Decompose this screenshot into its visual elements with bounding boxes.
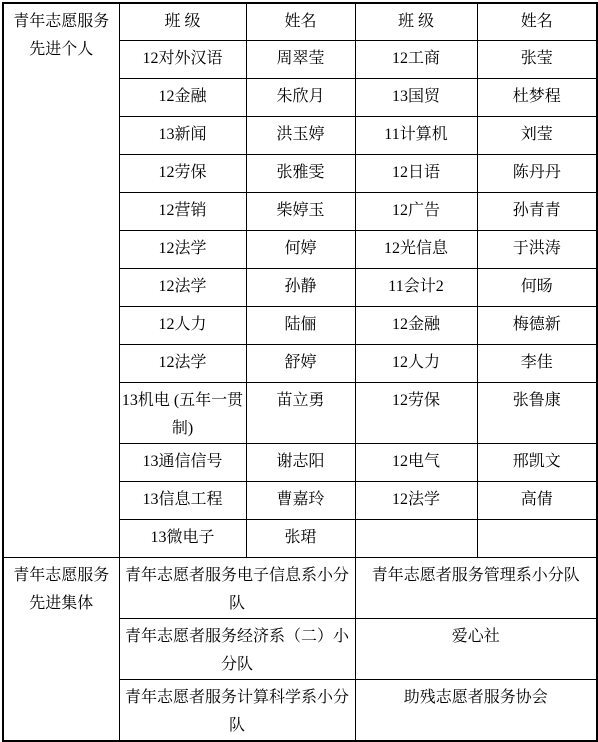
group-row: 青年志愿服务先进集体 青年志愿者服务电子信息系小分队 青年志愿者服务管理系小分队	[3, 557, 597, 618]
empty-name-cell	[477, 519, 597, 557]
class-cell: 12金融	[119, 78, 246, 116]
class-cell: 12人力	[119, 306, 246, 344]
name-cell: 邢凯文	[477, 443, 597, 481]
class-cell: 11会计2	[355, 268, 477, 306]
column-header-class-2: 班 级	[355, 3, 477, 40]
section-group-row-header: 青年志愿服务先进集体	[3, 557, 119, 741]
class-cell: 12对外汉语	[119, 40, 246, 78]
group-cell: 青年志愿者服务经济系（二）小分队	[119, 618, 355, 679]
name-cell: 曹嘉玲	[246, 481, 355, 519]
name-cell: 周翠莹	[246, 40, 355, 78]
class-cell: 13信息工程	[119, 481, 246, 519]
class-cell: 12营销	[119, 192, 246, 230]
class-cell: 12金融	[355, 306, 477, 344]
name-cell: 陆俪	[246, 306, 355, 344]
name-cell: 苗立勇	[246, 382, 355, 443]
class-cell: 12广告	[355, 192, 477, 230]
class-cell: 12日语	[355, 154, 477, 192]
class-cell: 12法学	[119, 268, 246, 306]
name-cell: 张雅雯	[246, 154, 355, 192]
document-page: 青年志愿服务先进个人 班 级 姓名 班 级 姓名 12对外汉语 周翠莹 12工商…	[0, 0, 598, 694]
class-cell: 12光信息	[355, 230, 477, 268]
name-cell: 张珺	[246, 519, 355, 557]
name-cell: 张莹	[477, 40, 597, 78]
class-cell: 12劳保	[355, 382, 477, 443]
class-cell: 13新闻	[119, 116, 246, 154]
class-cell: 12人力	[355, 344, 477, 382]
group-cell: 青年志愿者服务电子信息系小分队	[119, 557, 355, 618]
class-cell: 12电气	[355, 443, 477, 481]
column-header-class-1: 班 级	[119, 3, 246, 40]
name-cell: 于洪涛	[477, 230, 597, 268]
name-cell: 舒婷	[246, 344, 355, 382]
awards-table: 青年志愿服务先进个人 班 级 姓名 班 级 姓名 12对外汉语 周翠莹 12工商…	[2, 2, 598, 742]
name-cell: 柴婷玉	[246, 192, 355, 230]
class-cell: 12法学	[119, 230, 246, 268]
name-cell: 高倩	[477, 481, 597, 519]
group-cell: 助残志愿者服务协会	[355, 679, 597, 741]
class-cell: 13国贸	[355, 78, 477, 116]
group-cell: 青年志愿者服务管理系小分队	[355, 557, 597, 618]
name-cell: 梅德新	[477, 306, 597, 344]
class-cell: 13机电 (五年一贯制)	[119, 382, 246, 443]
name-cell: 孙青青	[477, 192, 597, 230]
name-cell: 陈丹丹	[477, 154, 597, 192]
class-cell: 11计算机	[355, 116, 477, 154]
class-cell: 12劳保	[119, 154, 246, 192]
name-cell: 朱欣月	[246, 78, 355, 116]
class-cell: 12法学	[119, 344, 246, 382]
class-cell: 13微电子	[119, 519, 246, 557]
name-cell: 谢志阳	[246, 443, 355, 481]
group-cell: 爱心社	[355, 618, 597, 679]
name-cell: 何婷	[246, 230, 355, 268]
name-cell: 张鲁康	[477, 382, 597, 443]
class-cell: 12法学	[355, 481, 477, 519]
header-row: 青年志愿服务先进个人 班 级 姓名 班 级 姓名	[3, 3, 597, 40]
name-cell: 杜梦程	[477, 78, 597, 116]
group-cell: 青年志愿者服务计算科学系小分队	[119, 679, 355, 741]
name-cell: 洪玉婷	[246, 116, 355, 154]
name-cell: 何旸	[477, 268, 597, 306]
class-cell: 12工商	[355, 40, 477, 78]
class-cell: 13通信信号	[119, 443, 246, 481]
section-individual-row-header: 青年志愿服务先进个人	[3, 3, 119, 557]
empty-class-cell	[355, 519, 477, 557]
column-header-name-1: 姓名	[246, 3, 355, 40]
name-cell: 李佳	[477, 344, 597, 382]
name-cell: 孙静	[246, 268, 355, 306]
name-cell: 刘莹	[477, 116, 597, 154]
column-header-name-2: 姓名	[477, 3, 597, 40]
